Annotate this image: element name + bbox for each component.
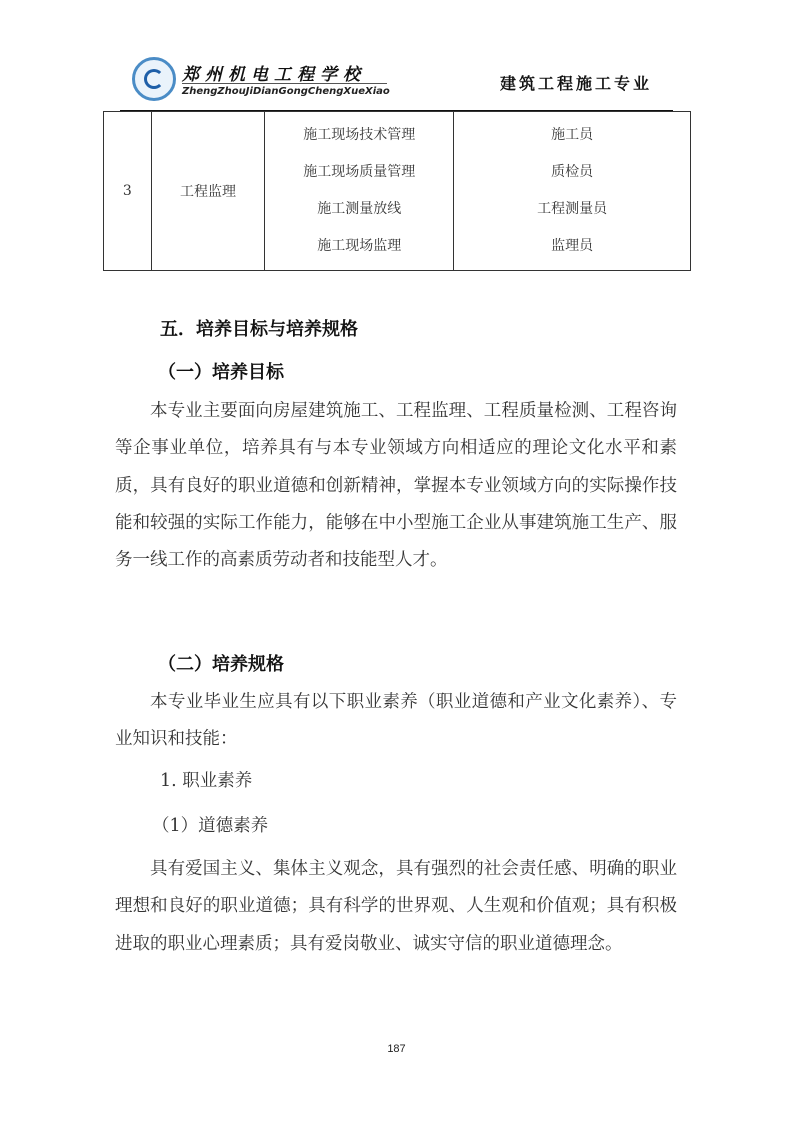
specs-paragraph: 本专业毕业生应具有以下职业素养（职业道德和产业文化素养）、专业知识和技能： <box>115 684 677 759</box>
logo-divider <box>182 83 387 84</box>
position-item: 质检员 <box>454 154 690 191</box>
school-name-en: ZhengZhouJiDianGongChengXueXiao <box>182 86 390 97</box>
job-item: 施工现场技术管理 <box>265 117 453 154</box>
career-table: 3 工程监理 施工现场技术管理 施工现场质量管理 施工测量放线 施工现场监理 施… <box>103 111 691 271</box>
position-item: 施工员 <box>454 117 690 154</box>
position-item: 监理员 <box>454 228 690 265</box>
school-name-cn: 郑州机电工程学校 <box>182 60 366 85</box>
job-item: 施工测量放线 <box>265 191 453 228</box>
job-item: 施工现场质量管理 <box>265 154 453 191</box>
direction-cell: 工程监理 <box>151 112 264 271</box>
page-number: 187 <box>0 1043 793 1055</box>
major-title: 建筑工程施工专业 <box>500 71 652 94</box>
section-title: 五．培养目标与培养规格 <box>160 315 358 341</box>
school-emblem-icon <box>132 57 176 101</box>
positions-cell: 施工员 质检员 工程测量员 监理员 <box>454 112 691 271</box>
ethics-paragraph: 具有爱国主义、集体主义观念，具有强烈的社会责任感、明确的职业理想和良好的职业道德… <box>115 851 677 963</box>
goals-paragraph: 本专业主要面向房屋建筑施工、工程监理、工程质量检测、工程咨询等企事业单位，培养具… <box>115 393 677 579</box>
position-item: 工程测量员 <box>454 191 690 228</box>
job-item: 施工现场监理 <box>265 228 453 265</box>
jobs-cell: 施工现场技术管理 施工现场质量管理 施工测量放线 施工现场监理 <box>265 112 454 271</box>
subitem-heading: （1）道德素养 <box>152 812 268 837</box>
subsection-title-goals: （一）培养目标 <box>158 358 284 384</box>
table-row: 3 工程监理 施工现场技术管理 施工现场质量管理 施工测量放线 施工现场监理 施… <box>104 112 691 271</box>
subsection-title-specs: （二）培养规格 <box>158 650 284 676</box>
item-heading: 1. 职业素养 <box>160 767 252 792</box>
page-header: 郑州机电工程学校 ZhengZhouJiDianGongChengXueXiao… <box>120 55 673 111</box>
row-index: 3 <box>104 112 152 271</box>
